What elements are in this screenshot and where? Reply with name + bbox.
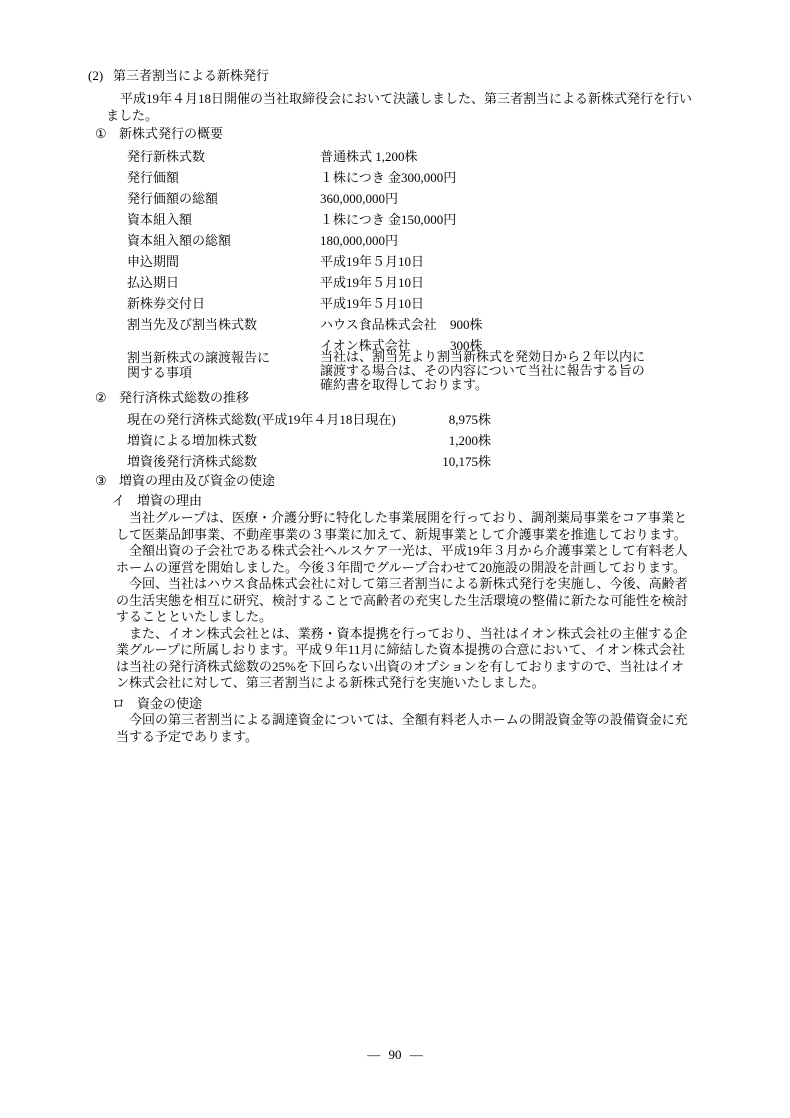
reason-line: の生活実態を相互に研究、検討することで高齢者の充実した生活環境の整備に新たな可能… [116, 593, 688, 610]
table-row: 発行価額 １株につき 金300,000円 [127, 167, 645, 188]
reason-line: 今回、当社はハウス食品株式会社に対して第三者割当による新株式発行を実施し、今後、… [116, 576, 688, 593]
row-label: 割当新株式の譲渡報告に 関する事項 [127, 350, 320, 380]
subsection-title: 新株式発行の概要 [119, 125, 223, 142]
row-value: 普通株式 1,200株 [320, 146, 418, 167]
section-title: 第三者割当による新株発行 [113, 67, 269, 84]
subsection-heading-movement: ② 発行済株式総数の推移 [95, 389, 249, 406]
table-row: 資本組入額 １株につき 金150,000円 [127, 209, 645, 230]
row-value: ハウス食品株式会社900株 [320, 314, 483, 335]
reason-line: ン株式会社に対して、第三者割当による新株式発行を実施いたしました。 [116, 675, 688, 692]
row-value: 平成19年５月10日 [320, 293, 424, 314]
table-row: 資本組入額の総額 180,000,000円 [127, 230, 645, 251]
item-title: 増資の理由 [137, 492, 202, 509]
row-value: １株につき 金150,000円 [320, 209, 456, 230]
row-value: 180,000,000円 [320, 230, 398, 251]
row-value: 平成19年５月10日 [320, 251, 424, 272]
intro-line: 平成19年４月18日開催の当社取締役会において決議しました、第三者割当による新株… [106, 90, 692, 107]
row-value: 10,175株 [442, 451, 491, 472]
allottee-name: ハウス食品株式会社 [320, 314, 450, 335]
row-value: 平成19年５月10日 [320, 272, 424, 293]
row-value: 8,975株 [449, 409, 491, 430]
movement-row: 増資後発行済株式総数 10,175株 [127, 451, 491, 472]
movement-row: 現在の発行済株式総数(平成19年４月18日現在) 8,975株 [127, 409, 491, 430]
transfer-label-line: 関する事項 [127, 365, 320, 380]
row-label: 発行新株式数 [127, 146, 320, 167]
row-label: 割当先及び割当株式数 [127, 314, 320, 335]
allottee-shares: 900株 [450, 317, 483, 332]
row-value: 360,000,000円 [320, 188, 398, 209]
row-label: 新株券交付日 [127, 293, 320, 314]
row-value: 1,200株 [449, 430, 491, 451]
reason-line: ホームの運営を開始しました。今後３年間でグループ合わせて20施設の開設を計画して… [116, 560, 688, 577]
row-label: 増資後発行済株式総数 [127, 451, 257, 472]
reason-line: することといたしました。 [116, 609, 688, 626]
movement-row: 増資による増加株式数 1,200株 [127, 430, 491, 451]
page-number: ― 90 ― [0, 1047, 790, 1063]
table-row: 払込期日 平成19年５月10日 [127, 272, 645, 293]
row-label: 増資による増加株式数 [127, 430, 257, 451]
reason-paragraphs: 当社グループは、医療・介護分野に特化した事業展開を行っており、調剤薬局事業をコア… [116, 510, 688, 692]
katakana-marker: イ [112, 492, 137, 509]
section-number: (2) [88, 67, 113, 84]
item-title: 資金の使途 [137, 695, 202, 712]
reason-line: 全額出資の子会社である株式会社ヘルスケア一光は、平成19年３月から介護事業として… [116, 543, 688, 560]
subsection-heading-reason-use: ③ 増資の理由及び資金の使途 [95, 472, 275, 489]
circled-number-marker: ① [95, 125, 119, 142]
reason-line: 当社グループは、医療・介護分野に特化した事業展開を行っており、調剤薬局事業をコア… [116, 510, 688, 527]
transfer-value-line: 確約書を取得しております。 [320, 378, 645, 392]
terms-table: 発行新株式数 普通株式 1,200株 発行価額 １株につき 金300,000円 … [127, 146, 645, 392]
row-label: 資本組入額 [127, 209, 320, 230]
row-value: １株につき 金300,000円 [320, 167, 456, 188]
reason-line: また、イオン株式会社とは、業務・資本提携を行っており、当社はイオン株式会社の主催… [116, 626, 688, 643]
row-label: 資本組入額の総額 [127, 230, 320, 251]
intro-paragraph: 平成19年４月18日開催の当社取締役会において決議しました、第三者割当による新株… [106, 90, 692, 124]
table-row: 新株券交付日 平成19年５月10日 [127, 293, 645, 314]
table-row: 申込期間 平成19年５月10日 [127, 251, 645, 272]
circled-number-marker: ② [95, 389, 119, 406]
item-heading-reason: イ 増資の理由 [112, 492, 202, 509]
row-label: 発行価額の総額 [127, 188, 320, 209]
transfer-value-line: 当社は、割当先より割当新株式を発効日から２年以内に [320, 350, 645, 364]
table-row-allottee: 割当先及び割当株式数 ハウス食品株式会社900株 [127, 314, 645, 335]
circled-number-marker: ③ [95, 472, 119, 489]
row-label: 申込期間 [127, 251, 320, 272]
katakana-marker: ロ [112, 695, 137, 712]
subsection-title: 増資の理由及び資金の使途 [119, 472, 275, 489]
movement-table: 現在の発行済株式総数(平成19年４月18日現在) 8,975株 増資による増加株… [127, 409, 491, 472]
reason-line: 業グループに所属しおります。平成９年11月に締結した資本提携の合意において、イオ… [116, 642, 688, 659]
transfer-value-line: 譲渡する場合は、その内容について当社に報告する旨の [320, 364, 645, 378]
intro-line: ました。 [106, 107, 692, 124]
use-line: 当する予定であります。 [116, 728, 688, 745]
section-heading: (2) 第三者割当による新株発行 [88, 67, 269, 84]
table-row: 発行新株式数 普通株式 1,200株 [127, 146, 645, 167]
reason-line: は当社の発行済株式総数の25%を下回らない出資のオプションを有しておりますので、… [116, 659, 688, 676]
row-label: 現在の発行済株式総数(平成19年４月18日現在) [127, 409, 396, 430]
transfer-label-line: 割当新株式の譲渡報告に [127, 350, 320, 365]
document-page: { "doc": { "section": { "number": "(2)",… [0, 0, 790, 1118]
row-value: 当社は、割当先より割当新株式を発効日から２年以内に 譲渡する場合は、その内容につ… [320, 350, 645, 392]
row-label: 発行価額 [127, 167, 320, 188]
table-row: 発行価額の総額 360,000,000円 [127, 188, 645, 209]
table-row-transfer-report: 割当新株式の譲渡報告に 関する事項 当社は、割当先より割当新株式を発効日から２年… [127, 350, 645, 392]
item-heading-use: ロ 資金の使途 [112, 695, 202, 712]
subsection-heading-overview: ① 新株式発行の概要 [95, 125, 223, 142]
use-paragraphs: 今回の第三者割当による調達資金については、全額有料老人ホームの開設資金等の設備資… [116, 711, 688, 745]
subsection-title: 発行済株式総数の推移 [119, 389, 249, 406]
row-label: 払込期日 [127, 272, 320, 293]
use-line: 今回の第三者割当による調達資金については、全額有料老人ホームの開設資金等の設備資… [116, 711, 688, 728]
reason-line: して医薬品卸事業、不動産事業の３事業に加えて、新規事業として介護事業を推進してお… [116, 527, 688, 544]
